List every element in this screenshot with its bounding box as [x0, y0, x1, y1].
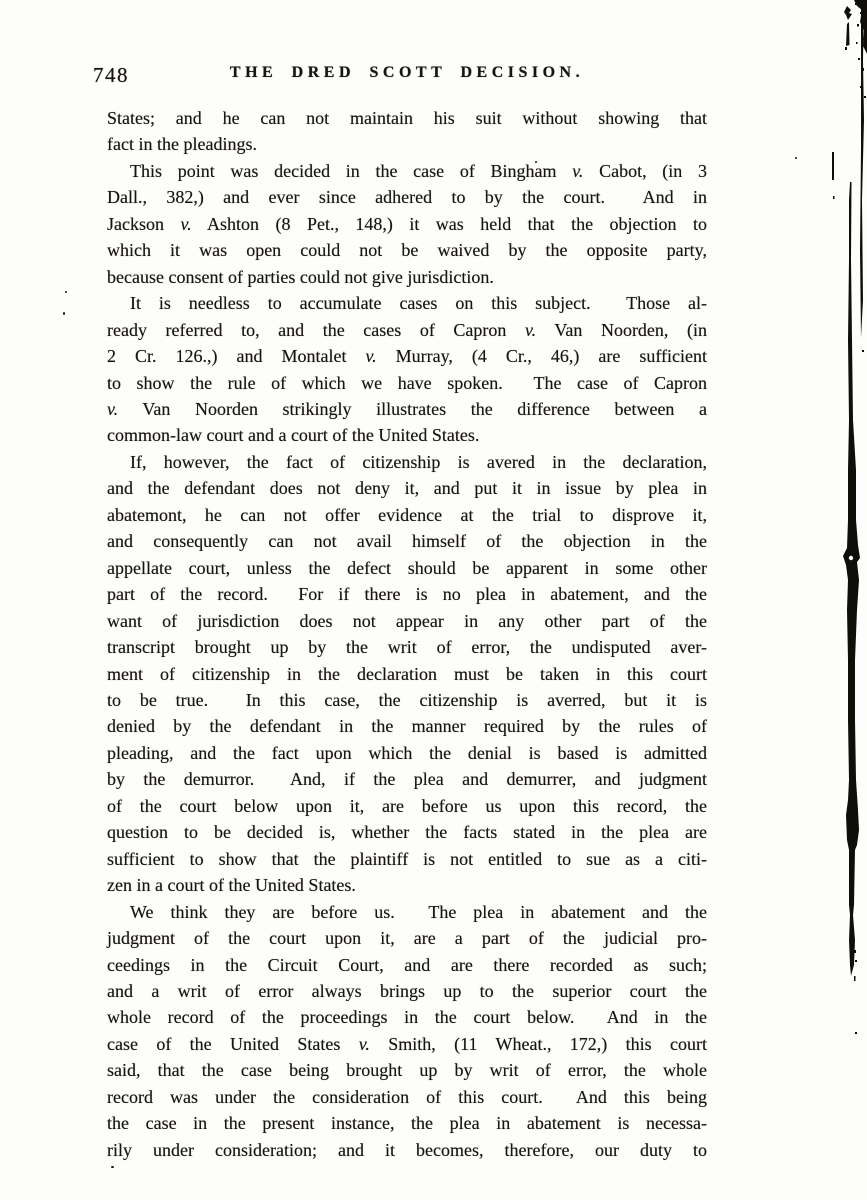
text-line: Jackson v. Ashton (8 Pet., 148,) it was …	[107, 211, 707, 237]
scan-corner-noise-patch	[854, 0, 867, 54]
text-line: transcript brought up by the writ of err…	[107, 634, 707, 660]
dust-speck	[795, 157, 797, 159]
scan-streak	[843, 182, 860, 976]
text-line: appellate court, unless the defect shoul…	[107, 555, 707, 581]
text-line: ceedings in the Circuit Court, and are t…	[107, 952, 707, 978]
paragraph: States; and he can not maintain his suit…	[107, 105, 707, 158]
text-line: and a writ of error always brings up to …	[107, 978, 707, 1004]
text-line: because consent of parties could not giv…	[107, 264, 707, 290]
scan-mark-arrow	[844, 6, 852, 20]
text-line: and the defendant does not deny it, and …	[107, 475, 707, 501]
running-header-title: THE DRED SCOTT DECISION.	[107, 64, 707, 82]
text-line: fact in the pleadings.	[107, 131, 707, 157]
text-line: Dall., 382,) and ever since adhered to b…	[107, 184, 707, 210]
text-line: 2 Cr. 126.,) and Montalet v. Murray, (4 …	[107, 343, 707, 369]
text-line: denied by the defendant in the manner re…	[107, 713, 707, 739]
text-line: to be true. In this case, the citizenshi…	[107, 687, 707, 713]
dust-speck	[535, 161, 537, 163]
scan-edge-artifacts	[820, 0, 867, 1200]
paragraph: If, however, the fact of citizenship is …	[107, 449, 707, 899]
text-line: said, that the case being brought up by …	[107, 1057, 707, 1083]
text-line: ready referred to, and the cases of Capr…	[107, 317, 707, 343]
dust-speck	[63, 312, 65, 315]
text-line: pleading, and the fact upon which the de…	[107, 740, 707, 766]
paragraph: It is needless to accumulate cases on th…	[107, 290, 707, 449]
text-line: This point was decided in the case of Bi…	[107, 158, 707, 184]
scan-mark-tick	[846, 22, 850, 46]
text-line: question to be decided is, whether the f…	[107, 819, 707, 845]
text-line: ment of citizenship in the declaration m…	[107, 661, 707, 687]
paragraph: This point was decided in the case of Bi…	[107, 158, 707, 290]
scanned-book-page: 748 THE DRED SCOTT DECISION. States; and…	[0, 0, 867, 1200]
text-line: States; and he can not maintain his suit…	[107, 105, 707, 131]
text-line: case of the United States v. Smith, (11 …	[107, 1031, 707, 1057]
text-line: want of jurisdiction does not appear in …	[107, 608, 707, 634]
text-line: We think they are before us. The plea in…	[107, 899, 707, 925]
text-line: sufficient to show that the plaintiff is…	[107, 846, 707, 872]
text-line: and consequently can not avail himself o…	[107, 528, 707, 554]
text-line: rily under consideration; and it becomes…	[107, 1137, 707, 1163]
text-line: If, however, the fact of citizenship is …	[107, 449, 707, 475]
text-line: record was under the consideration of th…	[107, 1084, 707, 1110]
text-line: by the demurror. And, if the plea and de…	[107, 766, 707, 792]
text-line: to show the rule of which we have spoken…	[107, 370, 707, 396]
scan-mark-short-tick	[832, 152, 834, 180]
text-line: part of the record. For if there is no p…	[107, 581, 707, 607]
paragraph: We think they are before us. The plea in…	[107, 899, 707, 1164]
scan-edge-line	[860, 0, 864, 338]
text-line: which it was open could not be waived by…	[107, 237, 707, 263]
text-line: zen in a court of the United States.	[107, 872, 707, 898]
dust-speck	[65, 291, 67, 293]
text-line: common-law court and a court of the Unit…	[107, 422, 707, 448]
text-line: It is needless to accumulate cases on th…	[107, 290, 707, 316]
text-line: abatemont, he can not offer evidence at …	[107, 502, 707, 528]
dust-speck	[111, 1166, 114, 1168]
text-line: the case in the present instance, the pl…	[107, 1110, 707, 1136]
text-line: v. Van Noorden strikingly illustrates th…	[107, 396, 707, 422]
text-line: whole record of the proceedings in the c…	[107, 1004, 707, 1030]
text-line: judgment of the court upon it, are a par…	[107, 925, 707, 951]
text-line: of the court below upon it, are before u…	[107, 793, 707, 819]
text-column: States; and he can not maintain his suit…	[107, 105, 707, 1163]
